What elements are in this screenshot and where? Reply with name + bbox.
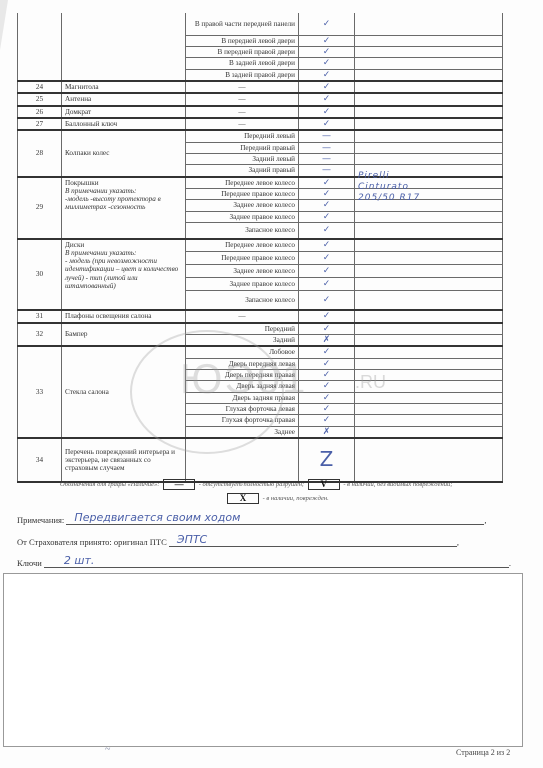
cell-sub: Заднее правое колесо <box>186 278 299 291</box>
cell-note <box>355 291 503 310</box>
cell-mark: ✓ <box>299 188 355 199</box>
cell-name: Магнитола <box>62 81 186 93</box>
cell-mark: ✓ <box>299 46 355 57</box>
cell-sub: Запасное колесо <box>186 223 299 239</box>
cell-sub: В передней правой двери <box>186 46 299 57</box>
cell-note <box>355 223 503 239</box>
tire-model: Cinturato <box>358 182 420 193</box>
cell-name: Покрышки В примечании указать: -модель -… <box>62 177 186 239</box>
cell-sub: Переднее правое колесо <box>186 188 299 199</box>
table-row: 28 Колпаки колес Передний левый — <box>18 130 503 142</box>
cell-note <box>355 392 503 403</box>
folded-corner <box>0 0 8 50</box>
item-name: Диски <box>65 241 182 249</box>
cell-name: Баллонный ключ <box>62 118 186 130</box>
cell-note <box>355 426 503 438</box>
cell-mark: ✓ <box>299 93 355 105</box>
cell-num: 30 <box>18 239 62 310</box>
blank-area-box <box>3 573 523 747</box>
cell-name: Антенна <box>62 93 186 105</box>
cell-note <box>355 13 503 35</box>
cell-sub: Передний левый <box>186 130 299 142</box>
cell-note <box>355 239 503 252</box>
pts-line[interactable]: ЭПТС <box>169 535 457 547</box>
tire-handwritten-note: Pirelli Cinturato 205/50 R17 <box>358 171 420 204</box>
cell-note <box>355 69 503 81</box>
cell-note <box>355 142 503 153</box>
item-hint-lines: - модель (при невозможности идентификаци… <box>65 257 182 290</box>
cell-name: Колпаки колес <box>62 130 186 176</box>
cell-sub: — <box>186 81 299 93</box>
cell-mark: ✓ <box>299 415 355 426</box>
table-row: 25 Антенна — ✓ <box>18 93 503 105</box>
table-row: 31 Плафоны освещения салона — ✓ <box>18 310 503 323</box>
keys-line[interactable]: 2 шт. <box>44 556 509 568</box>
cell-mark: ✓ <box>299 58 355 69</box>
cell-mark: ✓ <box>299 177 355 189</box>
cell-num: 26 <box>18 106 62 118</box>
cell-num: 34 <box>18 438 62 482</box>
cell-mark: Z <box>299 438 355 482</box>
item-name: Покрышки <box>65 179 182 187</box>
cell-note <box>355 211 503 222</box>
cell-note <box>355 265 503 278</box>
cell-sub: В правой части передней панели <box>186 13 299 35</box>
cell-sub: Заднее правое колесо <box>186 211 299 222</box>
table-row: 32 Бампер Передний ✓ <box>18 323 503 335</box>
notes-line[interactable]: Передвигается своим ходом <box>66 513 484 525</box>
cell-num: 28 <box>18 130 62 176</box>
cell-num: 31 <box>18 310 62 323</box>
cell-sub: — <box>186 118 299 130</box>
cell-name <box>62 13 186 81</box>
cell-mark: ✓ <box>299 69 355 81</box>
cell-mark: ✓ <box>299 310 355 323</box>
keys-value: 2 шт. <box>64 554 94 567</box>
cell-mark: ✓ <box>299 239 355 252</box>
cell-note <box>355 278 503 291</box>
cell-sub: В передней левой двери <box>186 35 299 46</box>
absent-symbol-box: — <box>163 479 195 490</box>
pts-field: От Страхователя принято: оригинал ПТС ЭП… <box>17 535 459 547</box>
item-hint-lines: -модель -высоту протектора в миллиметрах… <box>65 195 182 212</box>
cell-sub: В задней левой двери <box>186 58 299 69</box>
cell-note <box>355 118 503 130</box>
table-row: 26 Домкрат — ✓ <box>18 106 503 118</box>
cell-mark: — <box>299 165 355 177</box>
cell-note <box>355 438 503 482</box>
cell-mark: ✓ <box>299 81 355 93</box>
cell-note <box>355 46 503 57</box>
cell-num <box>18 13 62 81</box>
pts-value: ЭПТС <box>177 533 207 546</box>
ok-symbol-box: V <box>308 479 340 490</box>
cell-note <box>355 58 503 69</box>
cell-mark: ✓ <box>299 106 355 118</box>
cell-mark: ✓ <box>299 13 355 35</box>
cell-sub: — <box>186 310 299 323</box>
cell-mark: ✓ <box>299 291 355 310</box>
cell-note <box>355 358 503 369</box>
cell-sub: — <box>186 93 299 105</box>
cell-mark: — <box>299 142 355 153</box>
table-row: 27 Баллонный ключ — ✓ <box>18 118 503 130</box>
cell-mark: ✓ <box>299 35 355 46</box>
cell-mark: ✗ <box>299 334 355 346</box>
cell-note <box>355 252 503 265</box>
table-row: 30 Диски В примечании указать: - модель … <box>18 239 503 252</box>
cell-num: 32 <box>18 323 62 347</box>
scribble-mark: ~ <box>105 744 110 755</box>
legend-prefix: Обозначения для графы «Наличие»: <box>60 481 159 488</box>
cell-note <box>355 403 503 414</box>
cell-mark: ✓ <box>299 200 355 211</box>
table-row: 24 Магнитола — ✓ <box>18 81 503 93</box>
cell-note <box>355 346 503 358</box>
cell-note <box>355 310 503 323</box>
cell-mark: ✓ <box>299 403 355 414</box>
item-hint: В примечании указать: <box>65 249 182 257</box>
tire-brand: Pirelli <box>358 171 420 182</box>
cell-name: Домкрат <box>62 106 186 118</box>
cell-sub: Переднее левое колесо <box>186 177 299 189</box>
notes-label: Примечания: <box>17 515 64 525</box>
cell-note <box>355 81 503 93</box>
watermark-text: ЮЭ01 <box>180 355 307 403</box>
cell-sub: Заднее левое колесо <box>186 265 299 278</box>
legend-ok-text: - в наличии, без видимых повреждений; <box>343 481 452 488</box>
cell-mark: ✗ <box>299 426 355 438</box>
page-number: Страница 2 из 2 <box>456 748 510 757</box>
cell-mark: — <box>299 130 355 142</box>
cell-mark: ✓ <box>299 223 355 239</box>
cell-mark: ✓ <box>299 278 355 291</box>
cell-note <box>355 153 503 164</box>
cell-sub: Задний левый <box>186 153 299 164</box>
cell-name: Диски В примечании указать: - модель (пр… <box>62 239 186 310</box>
watermark-suffix: .RU <box>355 372 386 393</box>
cell-sub: В задней правой двери <box>186 69 299 81</box>
cell-note <box>355 106 503 118</box>
cell-mark: ✓ <box>299 265 355 278</box>
item-hint: В примечании указать: <box>65 187 182 195</box>
cell-num: 33 <box>18 346 62 438</box>
pts-label: От Страхователя принято: оригинал ПТС <box>17 537 167 547</box>
legend-damaged-text: - в наличии, поврежден. <box>263 495 329 502</box>
cell-note <box>355 93 503 105</box>
cell-sub: — <box>186 106 299 118</box>
notes-field: Примечания: Передвигается своим ходом , <box>17 513 487 525</box>
cell-mark: ✓ <box>299 323 355 335</box>
cell-num: 29 <box>18 177 62 239</box>
cell-sub: Задний правый <box>186 165 299 177</box>
table-row: 29 Покрышки В примечании указать: -модел… <box>18 177 503 189</box>
legend: Обозначения для графы «Наличие»: — - отс… <box>60 479 520 504</box>
cell-mark: — <box>299 153 355 164</box>
keys-label: Ключи <box>17 558 42 568</box>
table-row: 34 Перечень повреждений интерьера и экст… <box>18 438 503 482</box>
cell-sub: Запасное колесо <box>186 291 299 310</box>
tire-size: 205/50 R17 <box>358 193 420 204</box>
cell-name: Плафоны освещения салона <box>62 310 186 323</box>
cell-sub: Переднее правое колесо <box>186 252 299 265</box>
cell-sub: Передний правый <box>186 142 299 153</box>
cell-sub: Заднее левое колесо <box>186 200 299 211</box>
damaged-symbol-box: X <box>227 493 259 504</box>
keys-field: Ключи 2 шт. . <box>17 556 511 568</box>
cell-num: 27 <box>18 118 62 130</box>
cell-num: 25 <box>18 93 62 105</box>
cell-note <box>355 415 503 426</box>
cell-mark: ✓ <box>299 211 355 222</box>
legend-absent-text: - отсутствует/полностью разрушен; <box>199 481 304 488</box>
notes-value: Передвигается своим ходом <box>74 511 240 524</box>
cell-num: 24 <box>18 81 62 93</box>
cell-note <box>355 35 503 46</box>
cell-mark: ✓ <box>299 118 355 130</box>
cell-note <box>355 130 503 142</box>
cell-note <box>355 334 503 346</box>
cell-sub: Переднее левое колесо <box>186 239 299 252</box>
cell-mark: ✓ <box>299 252 355 265</box>
document-page: В правой части передней панели ✓ В перед… <box>0 0 543 768</box>
cell-note <box>355 323 503 335</box>
